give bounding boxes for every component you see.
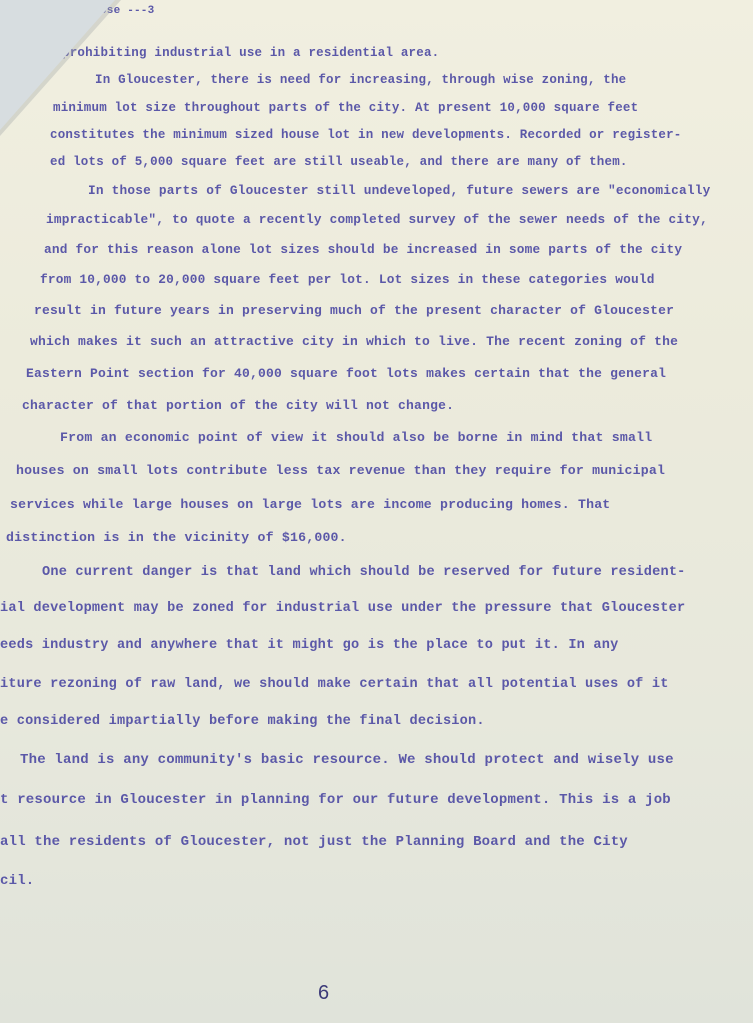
text-line: One current danger is that land which sh… bbox=[42, 565, 686, 580]
folded-page-corner bbox=[0, 0, 115, 130]
text-line: all the residents of Gloucester, not jus… bbox=[0, 834, 628, 850]
text-line: houses on small lots contribute less tax… bbox=[16, 463, 665, 478]
text-line: iture rezoning of raw land, we should ma… bbox=[0, 677, 669, 692]
text-line: from 10,000 to 20,000 square feet per lo… bbox=[40, 272, 655, 287]
text-line: minimum lot size throughout parts of the… bbox=[53, 101, 638, 115]
text-line: t resource in Gloucester in planning for… bbox=[0, 792, 671, 808]
text-line: constitutes the minimum sized house lot … bbox=[50, 128, 682, 142]
text-line: ial development may be zoned for industr… bbox=[0, 601, 685, 616]
document-page: Use ---3 prohibiting industrial use in a… bbox=[0, 0, 753, 1023]
text-line: Eastern Point section for 40,000 square … bbox=[26, 366, 666, 381]
text-line: impracticable", to quote a recently comp… bbox=[46, 212, 708, 227]
text-line: result in future years in preserving muc… bbox=[34, 303, 674, 318]
text-line: ed lots of 5,000 square feet are still u… bbox=[50, 155, 628, 169]
text-line: In those parts of Gloucester still undev… bbox=[88, 183, 710, 198]
text-line: and for this reason alone lot sizes shou… bbox=[44, 242, 682, 257]
text-line: In Gloucester, there is need for increas… bbox=[95, 73, 626, 87]
text-line: services while large houses on large lot… bbox=[10, 497, 610, 512]
text-line: eeds industry and anywhere that it might… bbox=[0, 638, 618, 653]
text-line: e considered impartially before making t… bbox=[0, 714, 485, 729]
text-line: The land is any community's basic resour… bbox=[20, 752, 674, 768]
text-line: character of that portion of the city wi… bbox=[22, 398, 454, 413]
page-number: 6 bbox=[318, 982, 329, 1005]
text-line: cil. bbox=[0, 873, 34, 889]
text-line: distinction is in the vicinity of $16,00… bbox=[6, 530, 347, 545]
text-line: From an economic point of view it should… bbox=[60, 430, 652, 445]
text-line: which makes it such an attractive city i… bbox=[30, 334, 678, 349]
